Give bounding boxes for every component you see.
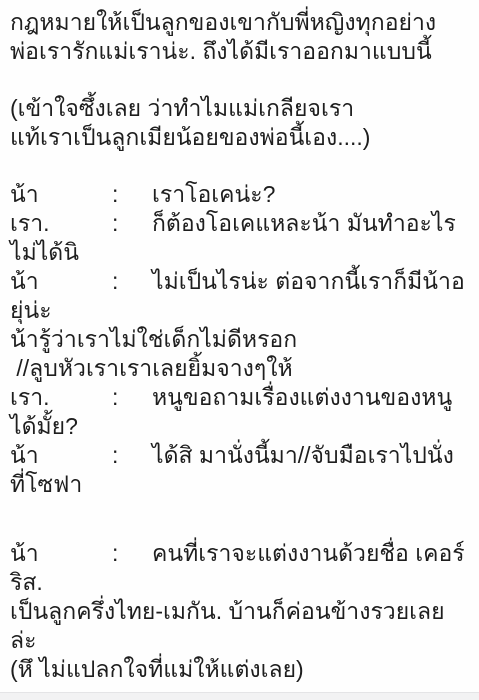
paragraph: เป็นลูกครึ่งไทย-เมกัน. บ้านก็ค่อนข้างรวย…	[10, 597, 471, 655]
text-line: กฎหมายให้เป็นลูกของเขากับพี่หญิงทุกอย่าง	[10, 9, 436, 35]
text-line: คนที่เราจะแต่งงานด้วยชื่อ เคอร์	[152, 540, 465, 566]
text-line: พ่อเรารักแม่เราน่ะ. ถึงได้มีเราออกมาแบบน…	[10, 38, 432, 64]
text-line: (เข้าใจซึ้งเลย ว่าทำไมแม่เกลียจเรา	[10, 95, 354, 121]
speaker-label: น้า	[10, 267, 112, 296]
speaker-label: น้า	[10, 180, 112, 209]
text-line: หนูขอถามเรื่องแต่งงานของหนู	[152, 384, 452, 410]
paragraph-gap	[10, 152, 471, 180]
dialogue-entry: น้า:คนที่เราจะแต่งงานด้วยชื่อ เคอร์ริส.	[10, 539, 471, 597]
speaker-colon: :	[112, 539, 152, 568]
speaker-colon: :	[112, 441, 152, 470]
text-line: ไม่เป็นไรน่ะ ต่อจากนี้เราก็มีน้าอ	[152, 268, 465, 294]
text-line: ไม่ได้นิ	[10, 239, 79, 265]
paragraph: กฎหมายให้เป็นลูกของเขากับพี่หญิงทุกอย่าง…	[10, 8, 471, 66]
text-line: ล่ะ	[10, 627, 36, 653]
document-page: { "page": { "bg_color": "#fefefe", "text…	[0, 0, 479, 700]
dialogue-entry: น้า:ได้สิ มานั่งนี้มา//จับมือเราไปนั่งที…	[10, 441, 471, 499]
paragraph: น้ารู้ว่าเราไม่ใช่เด็กไม่ดีหรอก //ลูบหัว…	[10, 325, 471, 383]
dialogue-entry: น้า:เราโอเคน่ะ?	[10, 180, 471, 209]
speaker-label: น้า	[10, 441, 112, 470]
paragraph-gap	[10, 499, 471, 539]
paragraph: (หึ ไม่แปลกใจที่แม่ให้แต่งเลย)	[10, 655, 471, 684]
text-line: เราโอเคน่ะ?	[152, 181, 275, 207]
dialogue-entry: เรา.:หนูขอถามเรื่องแต่งงานของหนูได้มั้ย?	[10, 383, 471, 441]
speaker-label: เรา.	[10, 209, 112, 238]
speaker-label: น้า	[10, 539, 112, 568]
text-line: ได้มั้ย?	[10, 413, 78, 439]
text-line: ก็ต้องโอเคแหละน้า มันทำอะไร	[152, 210, 456, 236]
text-line: เป็นลูกครึ่งไทย-เมกัน. บ้านก็ค่อนข้างรวย…	[10, 598, 445, 624]
text-line: แท้เราเป็นลูกเมียน้อยของพ่อนี้เอง....)	[10, 124, 370, 150]
speaker-colon: :	[112, 383, 152, 412]
dialogue-entry: น้า:ไม่เป็นไรน่ะ ต่อจากนี้เราก็มีน้าอยุ่…	[10, 267, 471, 325]
text-line: น้ารู้ว่าเราไม่ใช่เด็กไม่ดีหรอก	[10, 326, 297, 352]
bottom-edge-strip	[0, 692, 479, 700]
text-line: (หึ ไม่แปลกใจที่แม่ให้แต่งเลย)	[10, 656, 304, 682]
text-line: ริส.	[10, 569, 43, 595]
paragraph: (เข้าใจซึ้งเลย ว่าทำไมแม่เกลียจเราแท้เรา…	[10, 94, 471, 152]
dialogue-entry: เรา.:ก็ต้องโอเคแหละน้า มันทำอะไรไม่ได้นิ	[10, 209, 471, 267]
text-line: ยุ่น่ะ	[10, 297, 52, 323]
speaker-colon: :	[112, 267, 152, 296]
speaker-label: เรา.	[10, 383, 112, 412]
text-content: กฎหมายให้เป็นลูกของเขากับพี่หญิงทุกอย่าง…	[0, 0, 479, 684]
paragraph-gap	[10, 66, 471, 94]
text-line: ได้สิ มานั่งนี้มา//จับมือเราไปนั่ง	[152, 442, 454, 468]
speaker-colon: :	[112, 209, 152, 238]
speaker-colon: :	[112, 180, 152, 209]
text-line: ที่โซฟา	[10, 471, 82, 497]
text-line: //ลูบหัวเราเราเลยยิ้มจางๆให้	[10, 355, 293, 381]
